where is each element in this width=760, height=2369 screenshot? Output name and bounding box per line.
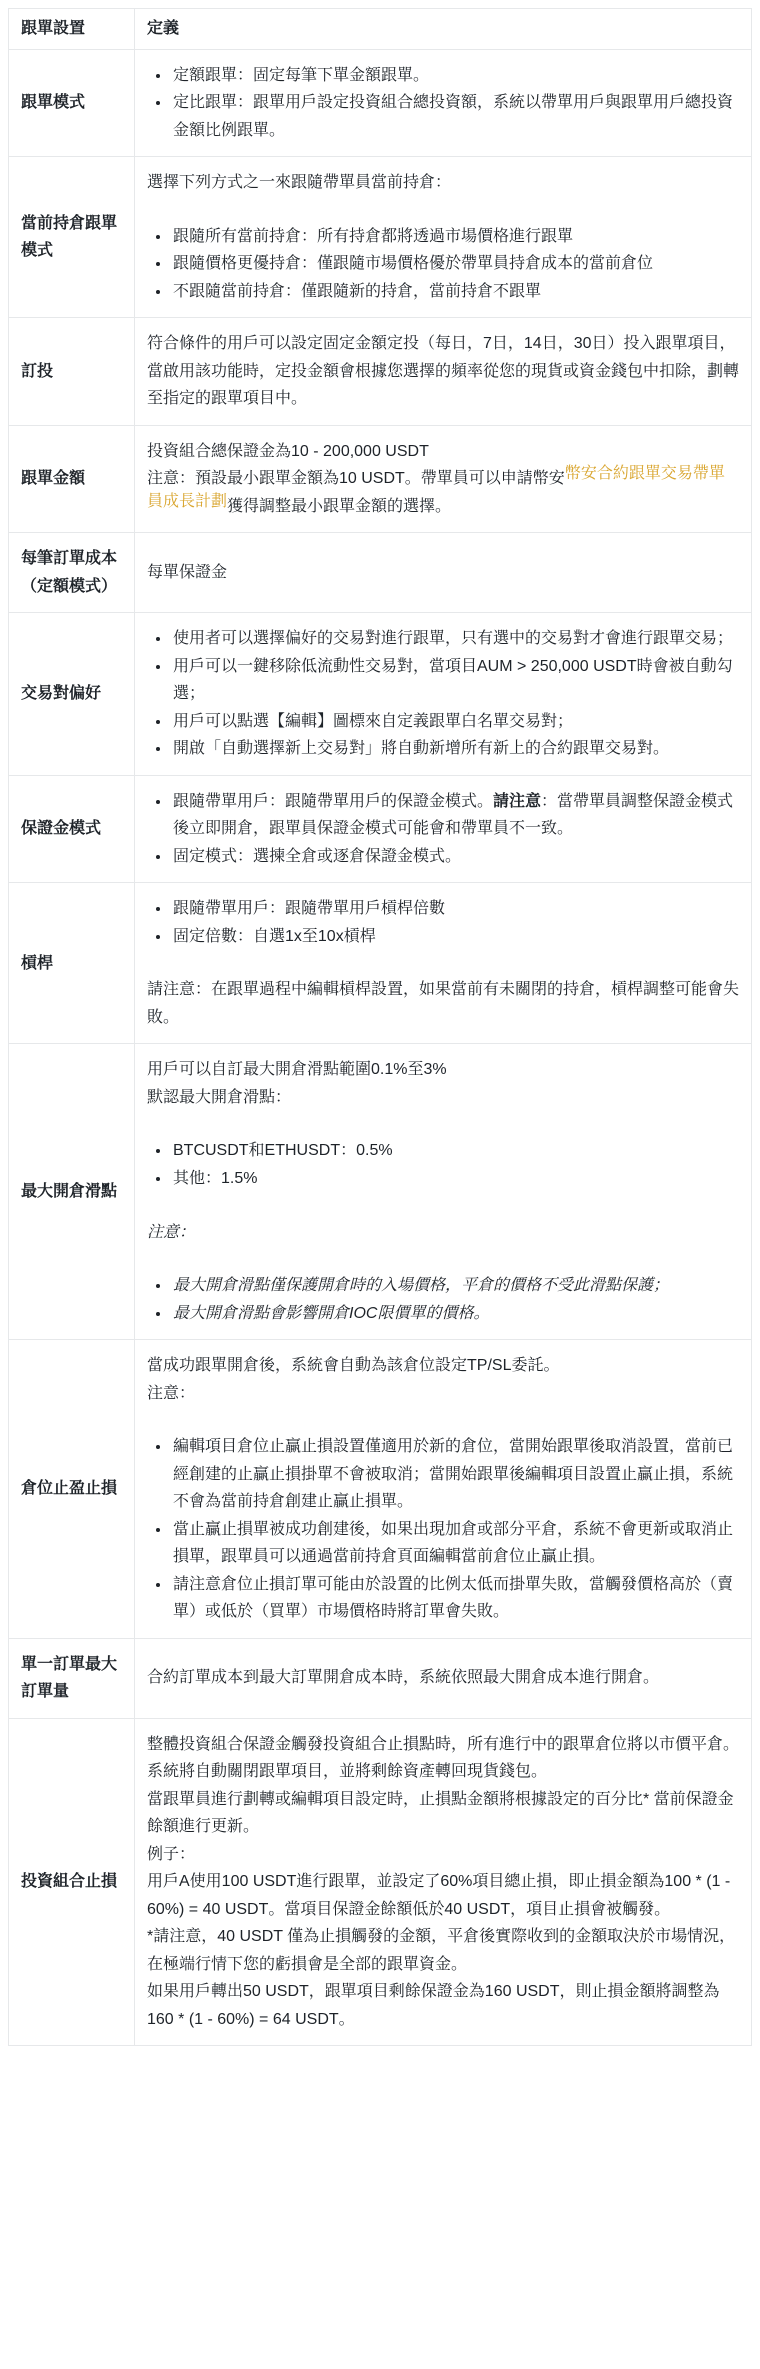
text-span: 跟隨帶單用戶：跟隨帶單用戶槓桿倍數	[173, 900, 445, 917]
definition-paragraph: 合約訂單成本到最大訂單開倉成本時，系統依照最大開倉成本進行開倉。	[147, 1664, 739, 1692]
text-span: 用戶A使用100 USDT進行跟單，並設定了60%項目總止損，即止損金額為100…	[147, 1873, 730, 1918]
text-span: 請注意倉位止損訂單可能由於設置的比例太低而掛單失敗，當觸發價格高於（賣單）或低於…	[173, 1576, 733, 1621]
text-span: 注意：	[147, 1385, 195, 1402]
definition-paragraph: 符合條件的用戶可以設定固定金額定投（每日，7日，14日，30日）投入跟單項目，當…	[147, 330, 739, 413]
text-span: 注意：預設最小跟單金額為10 USDT。帶單員可以申請幣安	[147, 470, 565, 487]
text-span: 當成功跟單開倉後，系統會自動為該倉位設定TP/SL委託。	[147, 1357, 559, 1374]
row-definition: 定額跟單：固定每筆下單金額跟單。定比跟單：跟單用戶設定投資組合總投資額，系統以帶…	[135, 49, 752, 157]
text-span: 編輯項目倉位止贏止損設置僅適用於新的倉位，當開始跟單後取消設置，當前已經創建的止…	[173, 1438, 733, 1510]
row-definition: 使用者可以選擇偏好的交易對進行跟單，只有選中的交易對才會進行跟單交易；用戶可以一…	[135, 613, 752, 776]
row-label: 交易對偏好	[9, 613, 135, 776]
row-label: 保證金模式	[9, 775, 135, 883]
text-span: 跟隨帶單用戶：跟隨帶單用戶的保證金模式。	[173, 793, 493, 810]
definition-paragraph: 投資組合總保證金為10 - 200,000 USDT	[147, 438, 739, 466]
definition-list-item: 定額跟單：固定每筆下單金額跟單。	[171, 62, 739, 90]
text-span: 固定模式：選揀全倉或逐倉保證金模式。	[173, 848, 461, 865]
text-span: 投資組合總保證金為10 - 200,000 USDT	[147, 443, 429, 460]
help-article-page: 跟單設置 定義 跟單模式定額跟單：固定每筆下單金額跟單。定比跟單：跟單用戶設定投…	[0, 0, 760, 2054]
table-row-leverage: 槓桿跟隨帶單用戶：跟隨帶單用戶槓桿倍數固定倍數：自選1x至10x槓桿請注意：在跟…	[9, 883, 752, 1044]
text-span: 如果用戶轉出50 USDT，跟單項目剩餘保證金為160 USDT，則止損金額將調…	[147, 1983, 720, 2028]
table-row-copy-mode: 跟單模式定額跟單：固定每筆下單金額跟單。定比跟單：跟單用戶設定投資組合總投資額，…	[9, 49, 752, 157]
definition-list-item: 跟隨帶單用戶：跟隨帶單用戶的保證金模式。請注意：當帶單員調整保證金模式後立即開倉…	[171, 788, 739, 843]
text-span: 每單保證金	[147, 564, 227, 581]
definition-paragraph: 注意：	[147, 1219, 739, 1247]
row-label: 單一訂單最大訂單量	[9, 1638, 135, 1718]
table-row-trading-pair-preference: 交易對偏好使用者可以選擇偏好的交易對進行跟單，只有選中的交易對才會進行跟單交易；…	[9, 613, 752, 776]
row-definition: 跟隨帶單用戶：跟隨帶單用戶槓桿倍數固定倍數：自選1x至10x槓桿請注意：在跟單過…	[135, 883, 752, 1044]
text-span: 跟隨價格更優持倉：僅跟隨市場價格優於帶單員持倉成本的當前倉位	[173, 255, 653, 272]
row-label: 投資組合止損	[9, 1718, 135, 2046]
definition-list-item: 其他：1.5%	[171, 1165, 739, 1193]
definition-paragraph: 用戶可以自訂最大開倉滑點範圍0.1%至3%	[147, 1056, 739, 1084]
definition-paragraph: 默認最大開倉滑點：	[147, 1084, 739, 1112]
row-label: 槓桿	[9, 883, 135, 1044]
definition-paragraph: 整體投資組合保證金觸發投資組合止損點時，所有進行中的跟單倉位將以市價平倉。系統將…	[147, 1731, 739, 1786]
text-span: 用戶可以一鍵移除低流動性交易對，當項目AUM > 250,000 USDT時會被…	[173, 658, 733, 703]
definition-list-item: 固定倍數：自選1x至10x槓桿	[171, 923, 739, 951]
definition-list-item: BTCUSDT和ETHUSDT：0.5%	[171, 1137, 739, 1165]
definition-list-item: 用戶可以點選【編輯】圖標來自定義跟單白名單交易對；	[171, 708, 739, 736]
row-definition: 用戶可以自訂最大開倉滑點範圍0.1%至3%默認最大開倉滑點：BTCUSDT和ET…	[135, 1044, 752, 1340]
row-label: 每筆訂單成本（定額模式）	[9, 533, 135, 613]
definition-list-item: 用戶可以一鍵移除低流動性交易對，當項目AUM > 250,000 USDT時會被…	[171, 653, 739, 708]
definition-list-item: 當止贏止損單被成功創建後，如果出現加倉或部分平倉，系統不會更新或取消止損單，跟單…	[171, 1516, 739, 1571]
definition-list-item: 不跟隨當前持倉：僅跟隨新的持倉，當前持倉不跟單	[171, 278, 739, 306]
text-span: 選擇下列方式之一來跟隨帶單員當前持倉：	[147, 174, 451, 191]
definition-list: 跟隨帶單用戶：跟隨帶單用戶槓桿倍數固定倍數：自選1x至10x槓桿	[147, 895, 739, 950]
row-label: 跟單金額	[9, 425, 135, 533]
text-span: 當止贏止損單被成功創建後，如果出現加倉或部分平倉，系統不會更新或取消止損單，跟單…	[173, 1521, 733, 1566]
table-row-margin-mode: 保證金模式跟隨帶單用戶：跟隨帶單用戶的保證金模式。請注意：當帶單員調整保證金模式…	[9, 775, 752, 883]
text-span: 最大開倉滑點僅保護開倉時的入場價格，平倉的價格不受此滑點保護；	[173, 1277, 669, 1294]
definition-list: 編輯項目倉位止贏止損設置僅適用於新的倉位，當開始跟單後取消設置，當前已經創建的止…	[147, 1433, 739, 1626]
definition-list-item: 跟隨所有當前持倉：所有持倉都將透過市場價格進行跟單	[171, 223, 739, 251]
row-definition: 符合條件的用戶可以設定固定金額定投（每日，7日，14日，30日）投入跟單項目，當…	[135, 318, 752, 426]
definition-paragraph: 每單保證金	[147, 559, 739, 587]
row-definition: 每單保證金	[135, 533, 752, 613]
text-span: 請注意	[493, 793, 541, 810]
definition-paragraph: 當跟單員進行劃轉或編輯項目設定時，止損點金額將根據設定的百分比* 當前保證金餘額…	[147, 1786, 739, 1841]
definition-list-item: 請注意倉位止損訂單可能由於設置的比例太低而掛單失敗，當觸發價格高於（賣單）或低於…	[171, 1571, 739, 1626]
definition-list-item: 最大開倉滑點僅保護開倉時的入場價格，平倉的價格不受此滑點保護；	[171, 1272, 739, 1300]
text-span: 例子：	[147, 1846, 195, 1863]
text-span: 用戶可以點選【編輯】圖標來自定義跟單白名單交易對；	[173, 713, 573, 730]
definition-paragraph: 用戶A使用100 USDT進行跟單，並設定了60%項目總止損，即止損金額為100…	[147, 1868, 739, 1923]
definition-list-item: 定比跟單：跟單用戶設定投資組合總投資額，系統以帶單用戶與跟單用戶總投資金額比例跟…	[171, 89, 739, 144]
table-row-auto-invest: 訂投符合條件的用戶可以設定固定金額定投（每日，7日，14日，30日）投入跟單項目…	[9, 318, 752, 426]
table-row-cost-per-order: 每筆訂單成本（定額模式）每單保證金	[9, 533, 752, 613]
text-span: BTCUSDT和ETHUSDT：0.5%	[173, 1142, 393, 1159]
definition-paragraph: 例子：	[147, 1841, 739, 1869]
row-definition: 合約訂單成本到最大訂單開倉成本時，系統依照最大開倉成本進行開倉。	[135, 1638, 752, 1718]
definition-list: 定額跟單：固定每筆下單金額跟單。定比跟單：跟單用戶設定投資組合總投資額，系統以帶…	[147, 62, 739, 145]
definition-paragraph: *請注意，40 USDT 僅為止損觸發的金額，平倉後實際收到的金額取決於市場情況…	[147, 1923, 739, 1978]
table-row-max-open-slippage: 最大開倉滑點用戶可以自訂最大開倉滑點範圍0.1%至3%默認最大開倉滑點：BTCU…	[9, 1044, 752, 1340]
text-span: 符合條件的用戶可以設定固定金額定投（每日，7日，14日，30日）投入跟單項目，當…	[147, 335, 739, 407]
definition-list-item: 開啟「自動選擇新上交易對」將自動新增所有新上的合約跟單交易對。	[171, 735, 739, 763]
definition-list: 最大開倉滑點僅保護開倉時的入場價格，平倉的價格不受此滑點保護；最大開倉滑點會影響…	[147, 1272, 739, 1327]
table-row-copy-amount: 跟單金額投資組合總保證金為10 - 200,000 USDT注意：預設最小跟單金…	[9, 425, 752, 533]
row-label: 跟單模式	[9, 49, 135, 157]
text-span: 請注意：在跟單過程中編輯槓桿設置，如果當前有未關閉的持倉，槓桿調整可能會失敗。	[147, 981, 739, 1026]
text-span: 最大開倉滑點會影響開倉IOC限價單的價格。	[173, 1305, 489, 1322]
column-header-setting: 跟單設置	[9, 9, 135, 50]
row-label: 最大開倉滑點	[9, 1044, 135, 1340]
table-row-portfolio-stop-loss: 投資組合止損整體投資組合保證金觸發投資組合止損點時，所有進行中的跟單倉位將以市價…	[9, 1718, 752, 2046]
definition-list-item: 編輯項目倉位止贏止損設置僅適用於新的倉位，當開始跟單後取消設置，當前已經創建的止…	[171, 1433, 739, 1516]
definition-list-item: 使用者可以選擇偏好的交易對進行跟單，只有選中的交易對才會進行跟單交易；	[171, 625, 739, 653]
table-row-current-position-copy-mode: 當前持倉跟單模式選擇下列方式之一來跟隨帶單員當前持倉：跟隨所有當前持倉：所有持倉…	[9, 157, 752, 318]
definition-list: 使用者可以選擇偏好的交易對進行跟單，只有選中的交易對才會進行跟單交易；用戶可以一…	[147, 625, 739, 763]
copy-trading-settings-table: 跟單設置 定義 跟單模式定額跟單：固定每筆下單金額跟單。定比跟單：跟單用戶設定投…	[8, 8, 752, 2046]
definition-paragraph: 如果用戶轉出50 USDT，跟單項目剩餘保證金為160 USDT，則止損金額將調…	[147, 1978, 739, 2033]
text-span: 注意：	[147, 1224, 195, 1241]
text-span: 用戶可以自訂最大開倉滑點範圍0.1%至3%	[147, 1061, 447, 1078]
column-header-definition: 定義	[135, 9, 752, 50]
row-definition: 當成功跟單開倉後，系統會自動為該倉位設定TP/SL委託。注意：編輯項目倉位止贏止…	[135, 1340, 752, 1639]
definition-list-item: 跟隨價格更優持倉：僅跟隨市場價格優於帶單員持倉成本的當前倉位	[171, 250, 739, 278]
text-span: 當跟單員進行劃轉或編輯項目設定時，止損點金額將根據設定的百分比* 當前保證金餘額…	[147, 1791, 734, 1836]
definition-list-item: 最大開倉滑點會影響開倉IOC限價單的價格。	[171, 1300, 739, 1328]
definition-paragraph: 選擇下列方式之一來跟隨帶單員當前持倉：	[147, 169, 739, 197]
text-span: 定比跟單：跟單用戶設定投資組合總投資額，系統以帶單用戶與跟單用戶總投資金額比例跟…	[173, 94, 733, 139]
row-label: 訂投	[9, 318, 135, 426]
table-header-row: 跟單設置 定義	[9, 9, 752, 50]
text-span: 整體投資組合保證金觸發投資組合止損點時，所有進行中的跟單倉位將以市價平倉。系統將…	[147, 1736, 739, 1781]
text-span: 合約訂單成本到最大訂單開倉成本時，系統依照最大開倉成本進行開倉。	[147, 1669, 659, 1686]
definition-paragraph: 請注意：在跟單過程中編輯槓桿設置，如果當前有未關閉的持倉，槓桿調整可能會失敗。	[147, 976, 739, 1031]
definition-list: BTCUSDT和ETHUSDT：0.5%其他：1.5%	[147, 1137, 739, 1192]
definition-paragraph: 注意：預設最小跟單金額為10 USDT。帶單員可以申請幣安幣安合約跟單交易帶單員…	[147, 465, 739, 520]
text-span: 不跟隨當前持倉：僅跟隨新的持倉，當前持倉不跟單	[173, 283, 541, 300]
definition-paragraph: 當成功跟單開倉後，系統會自動為該倉位設定TP/SL委託。	[147, 1352, 739, 1380]
text-span: 開啟「自動選擇新上交易對」將自動新增所有新上的合約跟單交易對。	[173, 740, 669, 757]
row-definition: 選擇下列方式之一來跟隨帶單員當前持倉：跟隨所有當前持倉：所有持倉都將透過市場價格…	[135, 157, 752, 318]
definition-paragraph: 注意：	[147, 1380, 739, 1408]
text-span: *請注意，40 USDT 僅為止損觸發的金額，平倉後實際收到的金額取決於市場情況…	[147, 1928, 735, 1973]
text-span: 獲得調整最小跟單金額的選擇。	[227, 498, 451, 515]
table-row-position-tp-sl: 倉位止盈止損當成功跟單開倉後，系統會自動為該倉位設定TP/SL委託。注意：編輯項…	[9, 1340, 752, 1639]
definition-list-item: 固定模式：選揀全倉或逐倉保證金模式。	[171, 843, 739, 871]
text-span: 固定倍數：自選1x至10x槓桿	[173, 928, 376, 945]
row-definition: 整體投資組合保證金觸發投資組合止損點時，所有進行中的跟單倉位將以市價平倉。系統將…	[135, 1718, 752, 2046]
definition-list: 跟隨所有當前持倉：所有持倉都將透過市場價格進行跟單跟隨價格更優持倉：僅跟隨市場價…	[147, 223, 739, 306]
table-row-max-single-order-amount: 單一訂單最大訂單量合約訂單成本到最大訂單開倉成本時，系統依照最大開倉成本進行開倉…	[9, 1638, 752, 1718]
row-label: 當前持倉跟單模式	[9, 157, 135, 318]
text-span: 默認最大開倉滑點：	[147, 1089, 291, 1106]
row-definition: 跟隨帶單用戶：跟隨帶單用戶的保證金模式。請注意：當帶單員調整保證金模式後立即開倉…	[135, 775, 752, 883]
row-label: 倉位止盈止損	[9, 1340, 135, 1639]
text-span: 使用者可以選擇偏好的交易對進行跟單，只有選中的交易對才會進行跟單交易；	[173, 630, 733, 647]
definition-list: 跟隨帶單用戶：跟隨帶單用戶的保證金模式。請注意：當帶單員調整保證金模式後立即開倉…	[147, 788, 739, 871]
definition-list-item: 跟隨帶單用戶：跟隨帶單用戶槓桿倍數	[171, 895, 739, 923]
text-span: 其他：1.5%	[173, 1170, 257, 1187]
text-span: 跟隨所有當前持倉：所有持倉都將透過市場價格進行跟單	[173, 228, 573, 245]
text-span: 定額跟單：固定每筆下單金額跟單。	[173, 67, 429, 84]
row-definition: 投資組合總保證金為10 - 200,000 USDT注意：預設最小跟單金額為10…	[135, 425, 752, 533]
